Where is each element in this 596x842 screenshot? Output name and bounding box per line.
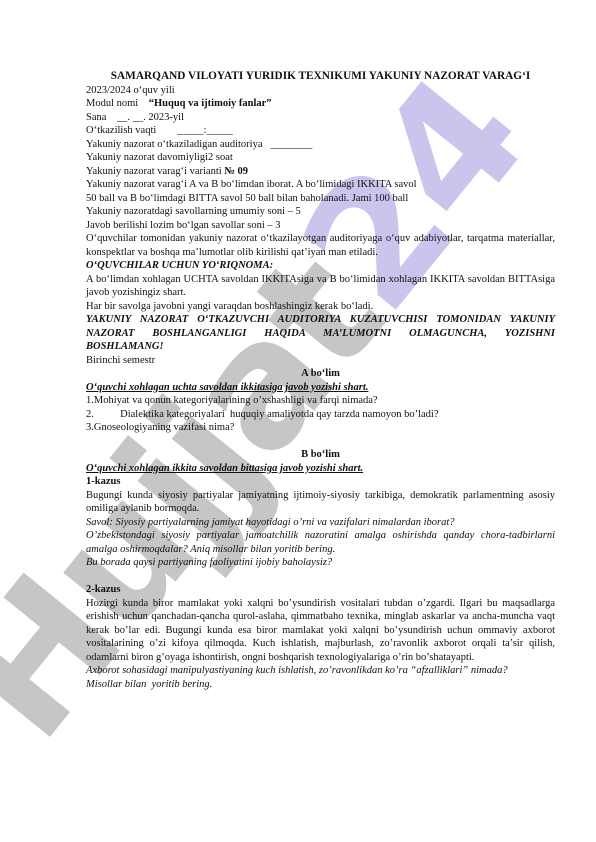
structure-line-1: Yakuniy nazorat varagʻi A va B boʻlimdan… [86, 178, 555, 192]
text-segment: OʻQUVCHILAR UCHUN YOʻRIQNOMA: [86, 260, 273, 271]
text-segment: Savol: Siyosiy partiyalarning jamiyat ha… [86, 517, 455, 528]
new-sheet-line: Har bir savolga javobni yangi varaqdan b… [86, 300, 555, 314]
text-segment: 2023/2024 oʻquv yili [86, 85, 175, 96]
instruction-heading: OʻQUVCHILAR UCHUN YOʻRIQNOMA: [86, 259, 555, 273]
document-body: SAMARQAND VILOYATI YURIDIK TEXNIKUMI YAK… [86, 70, 555, 691]
variant-line: Yakuniy nazorat varagʻi varianti № 09 [86, 165, 555, 179]
date-line: Sana __. __. 2023-yil [86, 111, 555, 125]
text-segment: 50 ball va B boʻlimdagi BITTA savol 50 b… [86, 193, 408, 204]
text-segment: Yakuniy nazorat varagʻi varianti [86, 166, 224, 177]
text-segment: Misollar bilan yoritib bering. [86, 679, 212, 690]
prohibition-paragraph: Oʻquvchilar tomonidan yakuniy nazorat oʻ… [86, 232, 555, 259]
text-segment: SAMARQAND VILOYATI YURIDIK TEXNIKUMI YAK… [111, 70, 531, 82]
text-segment: Javob berilishi lozim boʻlgan savollar s… [86, 220, 281, 231]
school-year-line: 2023/2024 oʻquv yili [86, 84, 555, 98]
text-segment: Yakuniy nazorat varagʻi A va B boʻlimdan… [86, 179, 417, 190]
warning-paragraph: YAKUNIY NAZORAT OʻTKAZUVCHI AUDITORIYA K… [86, 313, 555, 354]
document-title: SAMARQAND VILOYATI YURIDIK TEXNIKUMI YAK… [86, 70, 555, 84]
text-segment: 1.Mohiyat va qonun kategoriyalarining o’… [86, 395, 378, 406]
case-2-question-1: Axborot sohasidagi manipulyastiyaning ku… [86, 664, 555, 678]
case-1-question-3: Bu borada qaysi partiyaning faoliyatini … [86, 556, 555, 570]
time-line: Oʻtkazilish vaqti _____:_____ [86, 124, 555, 138]
text-segment: 2. Dialektika kategoriyalari huquqiy ama… [86, 409, 439, 420]
duration-line: Yakuniy nazorat davomiyligi2 soat [86, 151, 555, 165]
question-1: 1.Mohiyat va qonun kategoriyalarining o’… [86, 394, 555, 408]
text-segment: O’zbekistondagi siyosiy partiyalar jamoa… [86, 530, 558, 555]
document-page: Hujjat24 SAMARQAND VILOYATI YURIDIK TEXN… [0, 0, 596, 842]
auditorium-line: Yakuniy nazorat oʻtkaziladigan auditoriy… [86, 138, 555, 152]
text-segment: Oʻquvchilar tomonidan yakuniy nazorat oʻ… [86, 233, 558, 258]
text-segment: Yakuniy nazoratdagi savollarning umumiy … [86, 206, 301, 217]
text-segment: Bu borada qaysi partiyaning faoliyatini … [86, 557, 332, 568]
case-2-heading: 2-kazus [86, 583, 555, 597]
text-segment: YAKUNIY NAZORAT OʻTKAZUVCHI AUDITORIYA K… [86, 314, 558, 352]
total-questions-line: Yakuniy nazoratdagi savollarning umumiy … [86, 205, 555, 219]
text-segment: Modul nomi [86, 98, 149, 109]
module-name-line: Modul nomi “Huquq va ijtimoiy fanlar” [86, 97, 555, 111]
blank-line [86, 570, 555, 584]
text-segment: Bugungi kunda siyosiy partiyalar jamiyat… [86, 490, 558, 515]
text-segment: 3.Gnoseologiyaning vazifasi nima? [86, 422, 234, 433]
text-segment: Axborot sohasidagi manipulyastiyaning ku… [86, 665, 508, 676]
text-segment: Har bir savolga javobni yangi varaqdan b… [86, 301, 373, 312]
text-segment: Oʻquvchi xohlagan uchta savoldan ikkitas… [86, 382, 368, 393]
structure-line-2: 50 ball va B boʻlimdagi BITTA savol 50 b… [86, 192, 555, 206]
section-b-heading: B boʻlim [86, 448, 555, 462]
text-segment: 2-kazus [86, 584, 120, 595]
text-segment: Oʻquvchi xohlagan ikkita savoldan bittas… [86, 463, 363, 474]
text-segment: A boʻlimdan xohlagan UCHTA savoldan IKKI… [86, 274, 558, 299]
text-segment: Yakuniy nazorat oʻtkaziladigan auditoriy… [86, 139, 312, 150]
required-answers-line: Javob berilishi lozim boʻlgan savollar s… [86, 219, 555, 233]
text-segment: Yakuniy nazorat davomiyligi2 soat [86, 152, 233, 163]
section-a-heading: A boʻlim [86, 367, 555, 381]
question-3: 3.Gnoseologiyaning vazifasi nima? [86, 421, 555, 435]
section-a-rule: Oʻquvchi xohlagan uchta savoldan ikkitas… [86, 381, 555, 395]
case-1-paragraph: Bugungi kunda siyosiy partiyalar jamiyat… [86, 489, 555, 516]
text-segment: B boʻlim [301, 449, 340, 460]
text-segment: Hozirgi kunda biror mamlakat yoki xalqni… [86, 598, 558, 663]
case-1-heading: 1-kazus [86, 475, 555, 489]
instruction-paragraph: A boʻlimdan xohlagan UCHTA savoldan IKKI… [86, 273, 555, 300]
text-segment: A boʻlim [301, 368, 340, 379]
text-segment: № 09 [224, 166, 248, 177]
case-1-question-2: O’zbekistondagi siyosiy partiyalar jamoa… [86, 529, 555, 556]
text-segment: Birinchi semestr [86, 355, 155, 366]
question-2: 2. Dialektika kategoriyalari huquqiy ama… [86, 408, 555, 422]
section-b-rule: Oʻquvchi xohlagan ikkita savoldan bittas… [86, 462, 555, 476]
case-2-paragraph: Hozirgi kunda biror mamlakat yoki xalqni… [86, 597, 555, 665]
text-segment: “Huquq va ijtimoiy fanlar” [149, 98, 272, 109]
case-2-question-2: Misollar bilan yoritib bering. [86, 678, 555, 692]
blank-line [86, 435, 555, 449]
text-segment: 1-kazus [86, 476, 120, 487]
case-1-question-1: Savol: Siyosiy partiyalarning jamiyat ha… [86, 516, 555, 530]
text-segment: Oʻtkazilish vaqti _____:_____ [86, 125, 233, 136]
text-segment: Sana __. __. 2023-yil [86, 112, 184, 123]
semester-line: Birinchi semestr [86, 354, 555, 368]
